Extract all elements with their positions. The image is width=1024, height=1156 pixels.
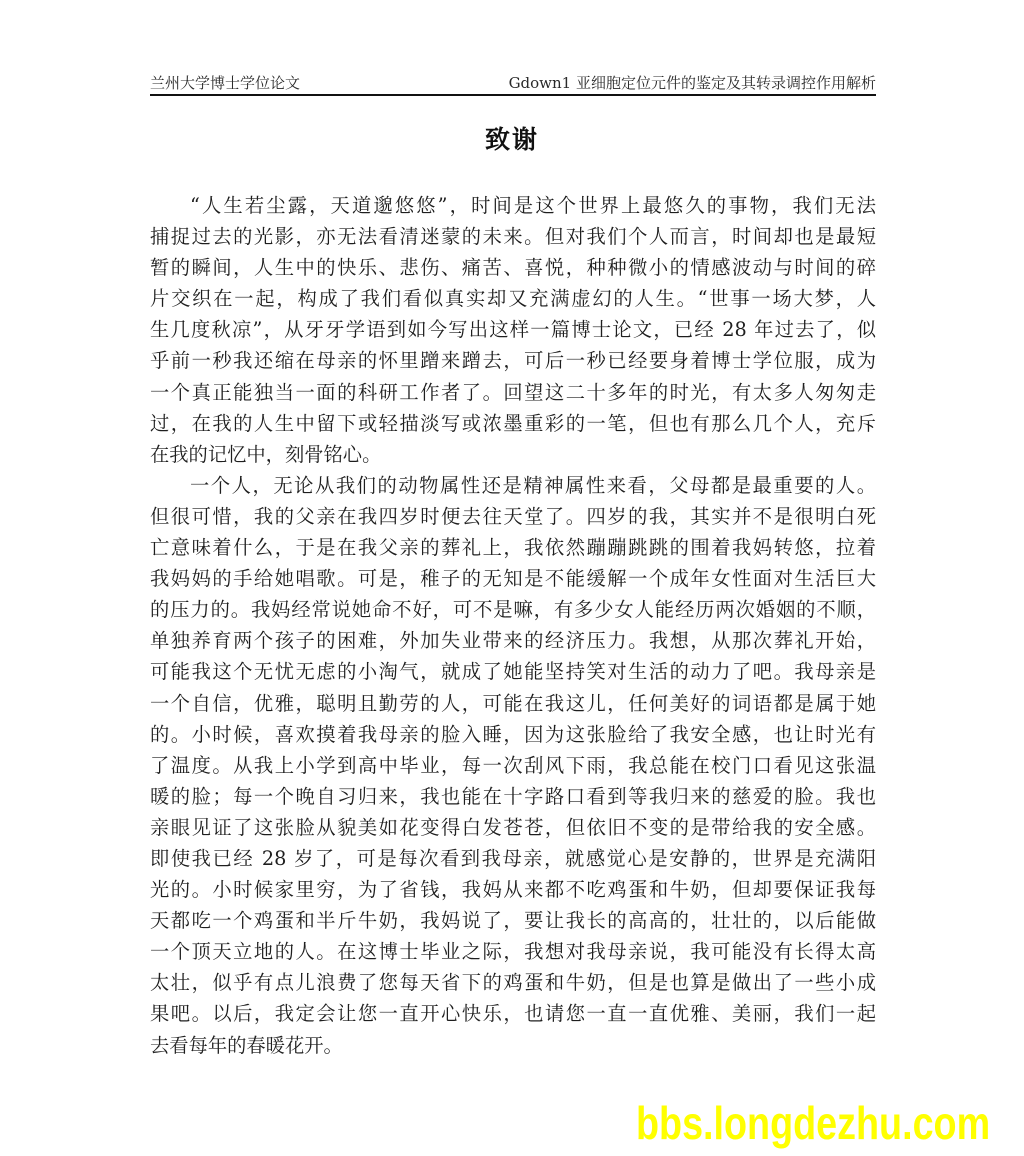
text-line: 暖的脸；每一个晚自习归来，我也能在十字路口看到等我归来的慈爱的脸。我也 xyxy=(150,781,876,812)
text-line: 即使我已经 28 岁了，可是每次看到我母亲，就感觉心是安静的，世界是充满阳 xyxy=(150,843,876,874)
text-line: “人生若尘露，天道邈悠悠”，时间是这个世界上最悠久的事物，我们无法 xyxy=(150,190,876,221)
text-line: 一个顶天立地的人。在这博士毕业之际，我想对我母亲说，我可能没有长得太高 xyxy=(150,936,876,967)
text-line: 一个自信，优雅，聪明且勤劳的人，可能在我这儿，任何美好的词语都是属于她 xyxy=(150,688,876,719)
text-line: 的压力的。我妈经常说她命不好，可不是嘛，有多少女人能经历两次婚姻的不顺， xyxy=(150,594,876,625)
text-line: 光的。小时候家里穷，为了省钱，我妈从来都不吃鸡蛋和牛奶，但却要保证我每 xyxy=(150,874,876,905)
text-line: 果吧。以后，我定会让您一直开心快乐，也请您一直一直优雅、美丽，我们一起 xyxy=(150,998,876,1029)
acknowledgement-body: “人生若尘露，天道邈悠悠”，时间是这个世界上最悠久的事物，我们无法 捕捉过去的光… xyxy=(150,190,876,1061)
watermark-text: bbs.longdezhu.com xyxy=(636,1098,990,1148)
text-line: 片交织在一起，构成了我们看似真实却又充满虚幻的人生。“世事一场大梦，人 xyxy=(150,283,876,314)
text-line: 的。小时候，喜欢摸着我母亲的脸入睡，因为这张脸给了我安全感，也让时光有 xyxy=(150,719,876,750)
text-line: 太壮，似乎有点儿浪费了您每天省下的鸡蛋和牛奶，但是也算是做出了一些小成 xyxy=(150,967,876,998)
text-line: 亲眼见证了这张脸从貌美如花变得白发苍苍，但依旧不变的是带给我的安全感。 xyxy=(150,812,876,843)
text-line: 但很可惜，我的父亲在我四岁时便去往天堂了。四岁的我，其实并不是很明白死 xyxy=(150,501,876,532)
text-line: 乎前一秒我还缩在母亲的怀里蹭来蹭去，可后一秒已经要身着博士学位服，成为 xyxy=(150,345,876,376)
text-line: 天都吃一个鸡蛋和半斤牛奶，我妈说了，要让我长的高高的，壮壮的，以后能做 xyxy=(150,905,876,936)
paragraph-1: “人生若尘露，天道邈悠悠”，时间是这个世界上最悠久的事物，我们无法 捕捉过去的光… xyxy=(150,190,876,470)
paragraph-2: 一个人，无论从我们的动物属性还是精神属性来看，父母都是最重要的人。 但很可惜，我… xyxy=(150,470,876,1061)
text-line: 在我的记忆中，刻骨铭心。 xyxy=(150,439,876,470)
text-line: 去看每年的春暖花开。 xyxy=(150,1030,876,1061)
text-line: 暂的瞬间，人生中的快乐、悲伤、痛苦、喜悦，种种微小的情感波动与时间的碎 xyxy=(150,252,876,283)
text-line: 捕捉过去的光影，亦无法看清迷蒙的未来。但对我们个人而言，时间却也是最短 xyxy=(150,221,876,252)
text-line: 一个人，无论从我们的动物属性还是精神属性来看，父母都是最重要的人。 xyxy=(150,470,876,501)
running-header: 兰州大学博士学位论文 Gdown1 亚细胞定位元件的鉴定及其转录调控作用解析 xyxy=(150,68,876,96)
section-title: 致谢 xyxy=(0,120,1024,156)
header-left-institution: 兰州大学博士学位论文 xyxy=(150,74,300,92)
text-line: 一个真正能独当一面的科研工作者了。回望这二十多年的时光，有太多人匆匆走 xyxy=(150,377,876,408)
text-line: 了温度。从我上小学到高中毕业，每一次刮风下雨，我总能在校门口看见这张温 xyxy=(150,750,876,781)
text-line: 过，在我的人生中留下或轻描淡写或浓墨重彩的一笔，但也有那么几个人，充斥 xyxy=(150,408,876,439)
text-line: 可能我这个无忧无虑的小淘气，就成了她能坚持笑对生活的动力了吧。我母亲是 xyxy=(150,656,876,687)
text-line: 我妈妈的手给她唱歌。可是，稚子的无知是不能缓解一个成年女性面对生活巨大 xyxy=(150,563,876,594)
text-line: 亡意味着什么，于是在我父亲的葬礼上，我依然蹦蹦跳跳的围着我妈转悠，拉着 xyxy=(150,532,876,563)
text-line: 单独养育两个孩子的困难，外加失业带来的经济压力。我想，从那次葬礼开始， xyxy=(150,625,876,656)
text-line: 生几度秋凉”，从牙牙学语到如今写出这样一篇博士论文，已经 28 年过去了，似 xyxy=(150,314,876,345)
header-right-thesis-title: Gdown1 亚细胞定位元件的鉴定及其转录调控作用解析 xyxy=(509,74,876,92)
